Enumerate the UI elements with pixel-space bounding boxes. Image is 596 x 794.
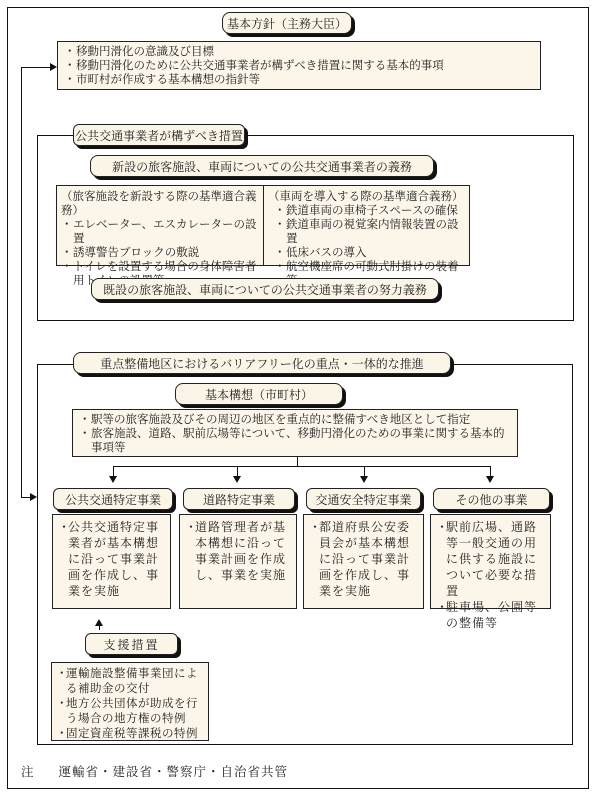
connector-horizontal (113, 466, 491, 467)
existing-effort-title: 既設の旅客施設、車両についての公共交通事業者の努力義務 (91, 278, 439, 300)
connector-drop-2 (237, 466, 238, 476)
vehicles-column: （車両を導入する際の基準適合義務） 鉄道車両の車椅子スペースの確保 鉄道車両の視… (263, 186, 469, 265)
connector-drop-4 (490, 466, 491, 476)
vehicles-item: 低床バスの導入 (274, 245, 465, 259)
project-title-public-transport: 公共交通特定事業 (53, 488, 173, 510)
project-title-text: 交通安全特定事業 (315, 491, 411, 508)
vehicles-item: 鉄道車両の車椅子スペースの確保 (274, 203, 465, 217)
priority-area-title: 重点整備地区におけるバリアフリー化の重点・一体的な推進 (73, 352, 451, 374)
arrow-down-icon (109, 476, 117, 483)
basic-concept-title-text: 基本構想（市町村） (205, 386, 313, 403)
vehicles-item: 鉄道車両の視覚案内情報装置の設置 (274, 217, 465, 245)
basic-concept-item: 駅等の旅客施設及びその周辺の地区を重点的に整備すべき地区として指定 (79, 412, 511, 426)
existing-effort-title-text: 既設の旅客施設、車両についての公共交通事業者の努力義務 (103, 281, 427, 298)
support-title-text: 支援措置 (103, 636, 159, 653)
project-box-other: 駅前広場、通路等一般交通の用に供する施設について必要な措置 駐車場、公園等の整備… (430, 514, 551, 609)
arrow-down-icon (486, 476, 494, 483)
facilities-item: エレベーター、エスカレーターの設置 (61, 217, 259, 245)
operator-measures-title-text: 公共交通事業者が構ずべき措置 (75, 127, 243, 144)
basic-policy-title: 基本方針（主務大臣） (222, 12, 352, 34)
support-title: 支援措置 (85, 633, 178, 655)
connector-drop-3 (364, 466, 365, 476)
project-title-text: その他の事業 (455, 491, 527, 508)
project-title-other: その他の事業 (433, 488, 550, 510)
vehicles-head: （車両を導入する際の基準適合義務） (268, 189, 465, 203)
support-item: 地方公共団体が助成を行う場合の地方権の特例 (56, 696, 204, 726)
project-item: 公共交通特定事業者が基本構想に沿って事業計画を作成し、事業を実施 (58, 519, 165, 599)
operator-measures-title: 公共交通事業者が構ずべき措置 (73, 124, 245, 146)
connector-left-vertical (21, 67, 22, 497)
facilities-column: （旅客施設を新設する際の基準適合義務） エレベーター、エスカレーターの設置 誘導… (57, 186, 263, 265)
basic-concept-item: 旅客施設、道路、駅前広場等について、移動円滑化のための事業に関する基本的事項等 (79, 426, 511, 454)
project-box-road: 道路管理者が基本構想に沿って事業計画を作成し、事業を実施 (179, 514, 297, 609)
basic-policy-box: 移動円滑化の意識及び目標 移動円滑化のために公共交通事業者が構ずべき措置に関する… (57, 41, 541, 90)
project-box-traffic-safety: 都道府県公安委員会が基本構想に沿って事業計画を作成し、事業を実施 (303, 514, 424, 609)
arrow-to-projects-icon (30, 493, 37, 501)
basic-concept-title: 基本構想（市町村） (175, 383, 343, 405)
new-obligation-title-text: 新設の旅客施設、車両についての公共交通事業者の義務 (112, 158, 412, 175)
project-title-text: 公共交通特定事業 (65, 491, 161, 508)
support-item: 固定資産税等課税の特例 (56, 726, 204, 741)
arrow-down-icon (360, 476, 368, 483)
connector-to-policy (21, 67, 50, 68)
basic-policy-item: 移動円滑化のために公共交通事業者が構ずべき措置に関する基本的事項 (64, 58, 534, 72)
priority-area-title-text: 重点整備地区におけるバリアフリー化の重点・一体的な推進 (100, 355, 424, 372)
project-item: 都道府県公安委員会が基本構想に沿って事業計画を作成し、事業を実施 (309, 519, 418, 599)
project-item: 道路管理者が基本構想に沿って事業計画を作成し、事業を実施 (185, 519, 291, 583)
obligation-details-box: （旅客施設を新設する際の基準適合義務） エレベーター、エスカレーターの設置 誘導… (56, 185, 470, 266)
project-item: 駐車場、公園等の整備等 (436, 599, 545, 631)
project-box-public-transport: 公共交通特定事業者が基本構想に沿って事業計画を作成し、事業を実施 (52, 514, 171, 609)
project-title-traffic-safety: 交通安全特定事業 (306, 488, 421, 510)
support-item: 運輸施設整備事業団による補助金の交付 (56, 666, 204, 696)
basic-concept-box: 駅等の旅客施設及びその周辺の地区を重点的に整備すべき地区として指定 旅客施設、道… (72, 409, 518, 457)
footnote: 注 運輸省・建設省・警察庁・自治省共管 (21, 762, 288, 780)
facilities-item: 誘導警告ブロックの敷説 (61, 245, 259, 259)
project-title-road: 道路特定事業 (183, 488, 295, 510)
basic-policy-item: 移動円滑化の意識及び目標 (64, 44, 534, 58)
footnote-text: 運輸省・建設省・警察庁・自治省共管 (58, 764, 288, 779)
arrow-down-icon (233, 476, 241, 483)
new-obligation-title: 新設の旅客施設、車両についての公共交通事業者の義務 (90, 155, 434, 177)
support-box: 運輸施設整備事業団による補助金の交付 地方公共団体が助成を行う場合の地方権の特例… (51, 662, 209, 741)
footnote-label: 注 (21, 764, 35, 779)
facilities-head: （旅客施設を新設する際の基準適合義務） (61, 189, 259, 217)
project-item: 駅前広場、通路等一般交通の用に供する施設について必要な措置 (436, 519, 545, 599)
basic-policy-item: 市町村が作成する基本構想の指針等 (64, 72, 534, 86)
connector-drop-1 (113, 466, 114, 476)
project-title-text: 道路特定事業 (203, 491, 275, 508)
arrow-to-policy-icon (50, 63, 57, 71)
connector-stem (297, 457, 298, 466)
basic-policy-title-text: 基本方針（主務大臣） (227, 15, 347, 32)
connector-support (99, 625, 100, 630)
